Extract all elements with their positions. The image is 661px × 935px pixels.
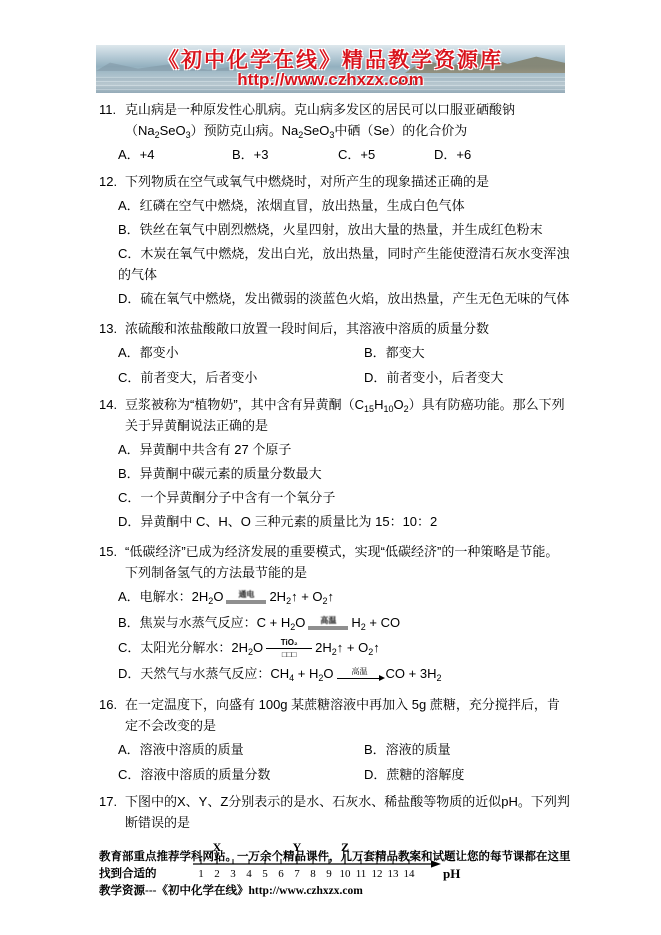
option-d: D．蔗糖的溶解度 [364, 764, 570, 785]
option-a: A．电解水：2H2O通电2H2↑ + O2↑ [118, 586, 570, 609]
option-group: A．红磷在空气中燃烧，浓烟直冒，放出热量，生成白色气体 B．铁丝在氧气中剧烈燃烧… [118, 195, 570, 309]
question-stem: “低碳经济”已成为经济发展的重要模式，实现“低碳经济”的一种策略是节能。下列制备… [125, 541, 570, 583]
option-group: A．溶液中溶质的质量 B．溶液的质量 C．溶液中溶质的质量分数 D．蔗糖的溶解度 [118, 739, 570, 785]
option-group: A．+4 B．+3 C．+5 D．+6 [118, 144, 570, 165]
option-c: C．太阳光分解水：2H2OTiO₂□□□2H2↑ + O2↑ [118, 637, 570, 660]
option-c: C．前者变大，后者变小 [118, 367, 364, 388]
banner-url: http://www.czhxzx.com [237, 71, 423, 89]
reaction-condition: 高温 [337, 663, 383, 685]
question-14: 14. 豆浆被称为“植物奶”，其中含有异黄酮（C15H10O2）具有防癌功能。那… [99, 394, 570, 535]
question-12: 12. 下列物质在空气或氧气中燃烧时，对所产生的现象描述正确的是 A．红磷在空气… [99, 171, 570, 312]
question-11: 11. 克山病是一种原发性心肌病。克山病多发区的居民可以口服亚硒酸钠（Na2Se… [99, 99, 570, 165]
option-a: A．溶液中溶质的质量 [118, 739, 364, 760]
option-a: A．异黄酮中共含有 27 个原子 [118, 439, 570, 460]
option-a: A．红磷在空气中燃烧，浓烟直冒，放出热量，生成白色气体 [118, 195, 570, 216]
question-stem: 下图中的X、Y、Z分别表示的是水、石灰水、稀盐酸等物质的近似pH。下列判断错误的… [125, 791, 570, 833]
option-d: D．异黄酮中 C、H、O 三种元素的质量比为 15：10：2 [118, 511, 570, 532]
option-b: B．都变大 [364, 342, 570, 363]
footer-line-1: 教育部重点推荐学科网站。一万余个精品课件，几万套精品教案和试题让您的每节课都在这… [99, 849, 571, 883]
banner-text: 《初中化学在线》精品教学资源库 http://www.czhxzx.com [96, 45, 565, 93]
question-16: 16. 在一定温度下，向盛有 100g 某蔗糖溶液中再加入 5g 蔗糖，充分搅拌… [99, 694, 570, 785]
option-group: A．都变小 B．都变大 C．前者变大，后者变小 D．前者变小，后者变大 [118, 342, 570, 388]
question-13: 13. 浓硫酸和浓盐酸敞口放置一段时间后，其溶液中溶质的质量分数 A．都变小 B… [99, 318, 570, 388]
option-b: B．焦炭与水蒸气反应：C + H2O高温H2 + CO [118, 612, 570, 635]
reaction-condition: 通电 [226, 587, 266, 609]
option-b: B．异黄酮中碳元素的质量分数最大 [118, 463, 570, 484]
option-group: A．电解水：2H2O通电2H2↑ + O2↑ B．焦炭与水蒸气反应：C + H2… [118, 586, 570, 685]
option-d: D．+6 [434, 144, 570, 165]
question-list: 11. 克山病是一种原发性心肌病。克山病多发区的居民可以口服亚硒酸钠（Na2Se… [99, 99, 570, 897]
footer-line-2: 教学资源---《初中化学在线》http://www.czhxzx.com [99, 883, 571, 900]
option-b: B．+3 [232, 144, 338, 165]
option-b: B．溶液的质量 [364, 739, 570, 760]
question-15: 15. “低碳经济”已成为经济发展的重要模式，实现“低碳经济”的一种策略是节能。… [99, 541, 570, 688]
option-d: D．硫在氧气中燃烧，发出微弱的淡蓝色火焰，放出热量，产生无色无味的气体 [118, 288, 570, 309]
option-c: C．+5 [338, 144, 434, 165]
reaction-condition: 高温 [308, 612, 348, 634]
question-stem: 浓硫酸和浓盐酸敞口放置一段时间后，其溶液中溶质的质量分数 [125, 318, 570, 339]
banner-title: 《初中化学在线》精品教学资源库 [158, 49, 503, 72]
option-group: A．异黄酮中共含有 27 个原子 B．异黄酮中碳元素的质量分数最大 C．一个异黄… [118, 439, 570, 532]
question-stem: 在一定温度下，向盛有 100g 某蔗糖溶液中再加入 5g 蔗糖，充分搅拌后，肯定… [125, 694, 570, 736]
question-stem: 下列物质在空气或氧气中燃烧时，对所产生的现象描述正确的是 [125, 171, 570, 192]
option-d: D．天然气与水蒸气反应：CH4 + H2O高温CO + 3H2 [118, 663, 570, 686]
option-a: A．+4 [118, 144, 232, 165]
page-footer: 教育部重点推荐学科网站。一万余个精品课件，几万套精品教案和试题让您的每节课都在这… [99, 849, 571, 900]
option-c: C．木炭在氧气中燃烧，发出白光，放出热量，同时产生能使澄清石灰水变浑浊的气体 [118, 243, 570, 285]
option-b: B．铁丝在氧气中剧烈燃烧，火星四射，放出大量的热量，并生成红色粉末 [118, 219, 570, 240]
question-stem: 克山病是一种原发性心肌病。克山病多发区的居民可以口服亚硒酸钠（Na2SeO3）预… [125, 99, 570, 141]
option-d: D．前者变小，后者变大 [364, 367, 570, 388]
option-c: C．一个异黄酮分子中含有一个氧分子 [118, 487, 570, 508]
reaction-condition: TiO₂□□□ [266, 638, 312, 660]
question-stem: 豆浆被称为“植物奶”，其中含有异黄酮（C15H10O2）具有防癌功能。那么下列关… [125, 394, 570, 436]
option-c: C．溶液中溶质的质量分数 [118, 764, 364, 785]
site-banner: 《初中化学在线》精品教学资源库 http://www.czhxzx.com [96, 45, 565, 93]
option-a: A．都变小 [118, 342, 364, 363]
exam-page: 《初中化学在线》精品教学资源库 http://www.czhxzx.com 11… [0, 0, 661, 935]
